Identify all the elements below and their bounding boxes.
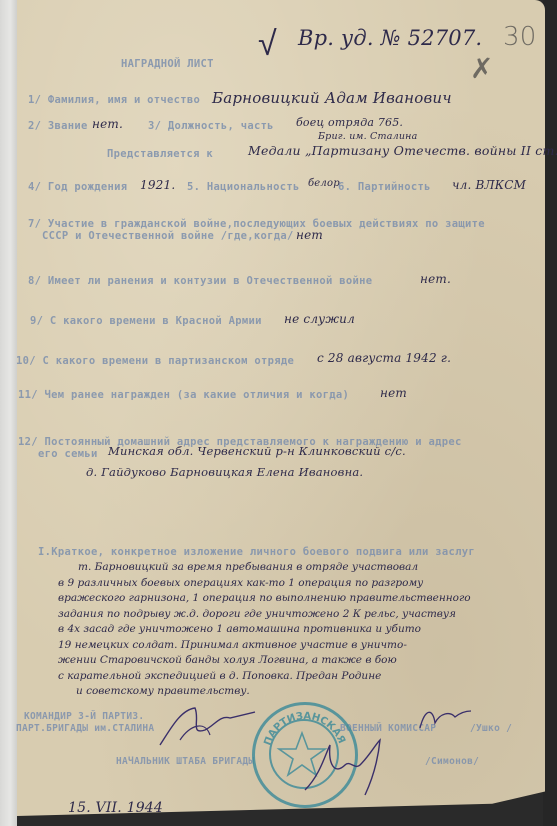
field-4-value: 1921. bbox=[140, 178, 175, 192]
commissar-signature bbox=[415, 703, 475, 733]
narrative: т. Барновицкий за время пребывания в отр… bbox=[46, 560, 546, 700]
nominated-for-value: Медали „Партизану Отечеств. войны II ст.… bbox=[248, 143, 557, 158]
commander-signature bbox=[150, 700, 260, 750]
commissar-name: /Ушко / bbox=[470, 723, 512, 734]
field-6-value: чл. ВЛКСМ bbox=[452, 178, 526, 192]
field-10-label: 10/ С какого времени в партизанском отря… bbox=[16, 355, 294, 367]
field-12-value-line1: Минская обл. Червенский р-н Клинковский … bbox=[108, 444, 406, 458]
pencil-page-number: 30 bbox=[503, 22, 536, 52]
narrative-line: вражеского гарнизона, 1 операция по выпо… bbox=[46, 591, 546, 607]
chief-of-staff-title: НАЧАЛЬНИК ШТАБА БРИГАДЫ bbox=[116, 756, 254, 767]
check-mark-icon: √ bbox=[258, 24, 277, 64]
field-11-value: нет bbox=[380, 386, 407, 400]
field-8-label: 8/ Имеет ли ранения и контузии в Отечест… bbox=[28, 275, 372, 287]
field-9-label: 9/ С какого времени в Красной Армии bbox=[30, 315, 262, 327]
field-9-value: не служил bbox=[284, 312, 355, 326]
field-12-value-line2: д. Гайдуково Барновицкая Елена Ивановна. bbox=[86, 465, 363, 479]
field-7-label-line1: 7/ Участие в гражданской войне,последующ… bbox=[28, 218, 485, 230]
chief-of-staff-signature bbox=[300, 735, 390, 800]
nominated-for-label: Представляется к bbox=[107, 148, 213, 160]
field-5-value: белор bbox=[308, 178, 340, 189]
narrative-line: с карательной экспедицией в д. Поповка. … bbox=[46, 669, 546, 685]
narrative-line: жении Старовичской банды холуя Логвина, … bbox=[46, 653, 546, 669]
field-1-value: Барновицкий Адам Иванович bbox=[212, 89, 452, 107]
field-7-label-line2: СССР и Отечественной войне /где,когда/ bbox=[42, 230, 294, 242]
narrative-line: в 9 различных боевых операциях как-то 1 … bbox=[46, 576, 546, 592]
narrative-line: т. Барновицкий за время пребывания в отр… bbox=[46, 560, 546, 576]
document-date: 15. VII. 1944 bbox=[68, 800, 163, 816]
field-10-value: с 28 августа 1942 г. bbox=[317, 351, 451, 365]
field-5-label: 5. Национальность bbox=[187, 181, 300, 193]
field-2-value: нет. bbox=[92, 117, 123, 131]
commander-title-line1: КОМАНДИР 3-Й ПАРТИЗ. bbox=[24, 711, 144, 722]
commander-title-line2: ПАРТ.БРИГАДЫ им.СТАЛИНА bbox=[16, 723, 154, 734]
field-3-label: 3/ Должность, часть bbox=[148, 120, 274, 132]
section-heading: I.Краткое, конкретное изложение личного … bbox=[38, 546, 475, 558]
narrative-line: в 4х засад где уничтожено 1 автомашина п… bbox=[46, 622, 546, 638]
scanner-left-margin bbox=[0, 0, 17, 826]
narrative-line: 19 немецких солдат. Принимал активное уч… bbox=[46, 638, 546, 654]
chief-of-staff-name: /Симонов/ bbox=[425, 756, 479, 767]
field-6-label: 6. Партийность bbox=[338, 181, 431, 193]
narrative-line: задания по подрыву ж.д. дороги где уничт… bbox=[46, 607, 546, 623]
field-4-label: 4/ Год рождения bbox=[28, 181, 127, 193]
field-1-label: 1/ Фамилия, имя и отчество bbox=[28, 94, 200, 106]
field-3-brigade: Бриг. им. Сталина bbox=[318, 131, 418, 142]
pencil-cross-mark-icon: ✗ bbox=[470, 52, 494, 85]
document-title: НАГРАДНОЙ ЛИСТ bbox=[121, 58, 214, 70]
registration-number: Вр. уд. № 52707. bbox=[298, 26, 482, 50]
narrative-line: и советскому правительству. bbox=[46, 684, 546, 700]
field-2-label: 2/ Звание bbox=[28, 120, 88, 132]
field-8-value: нет. bbox=[420, 272, 451, 286]
scanner-right-edge bbox=[543, 0, 557, 826]
field-3-value: боец отряда 765. bbox=[296, 116, 403, 129]
field-11-label: 11/ Чем ранее награжден (за какие отличи… bbox=[18, 389, 349, 401]
field-12-label-line2: его семьи bbox=[38, 448, 98, 460]
field-7-value: нет bbox=[296, 228, 323, 242]
